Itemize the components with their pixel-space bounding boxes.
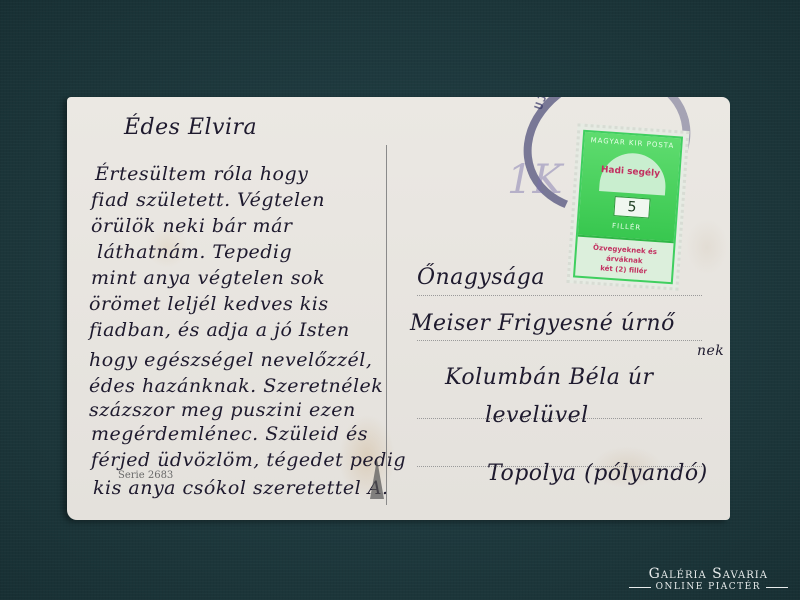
stamp-value: 5 — [613, 196, 650, 218]
postage-stamp: MAGYAR KIR POSTA Hadi segély 5 FILLÉR Öz… — [567, 123, 690, 290]
message-line: Értesültem róla hogy — [95, 161, 308, 187]
address-dotted-line — [417, 340, 702, 341]
message-line: édes hazánknak. Szeretnélek — [89, 373, 383, 399]
center-divider — [386, 145, 387, 505]
address-town: Topolya (pólyandó) — [487, 461, 708, 486]
address-recipient: Meiser Frigyesné úrnő — [410, 311, 675, 336]
postcard-back: Édes Elvira Értesültem róla hogy fiad sz… — [67, 97, 730, 520]
message-line: fiad született. Végtelen — [91, 187, 325, 213]
message-line: örömet leljél kedves kis — [89, 291, 329, 317]
address-line-levelevel: levelüvel — [485, 403, 589, 428]
address-care-of: Kolumbán Béla úr — [445, 365, 654, 390]
postcard-photo: Édes Elvira Értesültem róla hogy fiad sz… — [0, 0, 800, 600]
message-line: örülök neki bár már — [91, 213, 292, 239]
message-line: láthatnám. Tepedig — [97, 239, 292, 265]
stamp-surcharge: Özvegyeknek és árváknak két (2) fillér — [579, 242, 669, 278]
publisher-logo-icon — [370, 459, 384, 499]
stamp-denomination: FILLÉR — [578, 220, 674, 235]
message-line: hogy egészségel nevelőzzél, — [89, 347, 372, 373]
message-line: százszor meg puszini ezen — [89, 397, 356, 423]
stamp-frame: MAGYAR KIR POSTA Hadi segély 5 FILLÉR Öz… — [573, 130, 683, 285]
printed-series-number: Serie 2683 — [118, 470, 173, 481]
watermark: Galéria Savaria ONLINE PIACTÉR — [629, 566, 788, 592]
message-line: fiadban, és adja a jó Isten — [89, 317, 350, 343]
stamp-design: MAGYAR KIR POSTA Hadi segély 5 FILLÉR — [578, 132, 681, 243]
address-suffix: nek — [697, 343, 724, 359]
address-honorific: Őnagysága — [417, 265, 545, 290]
message-line: megérdemlénec. Szüleid és — [91, 421, 368, 447]
address-dotted-line — [417, 295, 702, 296]
stamp-country-text: MAGYAR KIR POSTA — [584, 136, 680, 151]
watermark-title: Galéria Savaria — [629, 566, 788, 582]
watermark-subtitle: ONLINE PIACTÉR — [629, 582, 788, 592]
pencil-annotation: 1K — [507, 157, 562, 203]
watermark-subtitle-text: ONLINE PIACTÉR — [656, 582, 761, 592]
message-line: mint anya végtelen sok — [91, 265, 325, 291]
greeting-text: Édes Elvira — [124, 115, 257, 140]
